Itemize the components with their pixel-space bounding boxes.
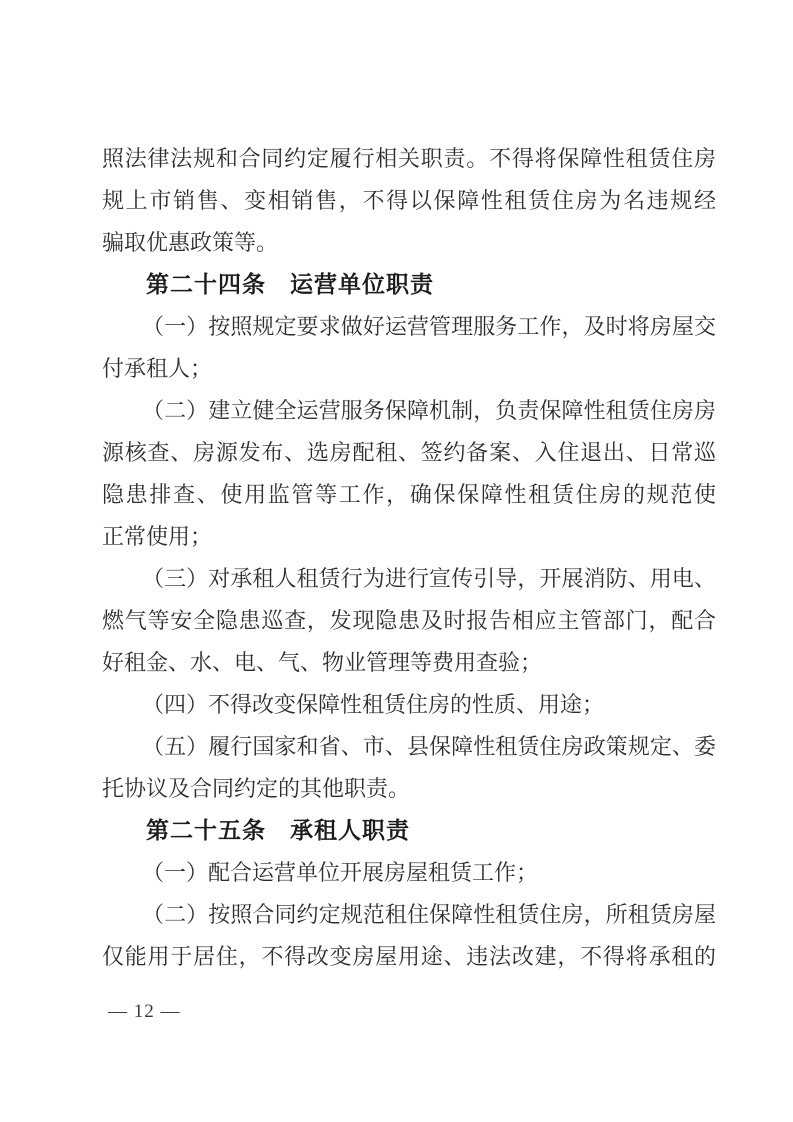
body-text-line: 付承租人； xyxy=(102,348,716,390)
body-text-line: （五）履行国家和省、市、县保障性租赁住房政策规定、委 xyxy=(102,726,716,768)
body-text-line: 照法律法规和合同约定履行相关职责。不得将保障性租赁住房违 xyxy=(102,138,716,180)
body-text-line: 骗取优惠政策等。 xyxy=(102,222,716,264)
body-text-line: （一）配合运营单位开展房屋租赁工作； xyxy=(102,852,716,894)
document-body: 照法律法规和合同约定履行相关职责。不得将保障性租赁住房违规上市销售、变相销售，不… xyxy=(102,138,716,978)
body-text-line: （四）不得改变保障性租赁住房的性质、用途； xyxy=(102,684,716,726)
body-text-line: 正常使用； xyxy=(102,516,716,558)
body-text-line: 好租金、水、电、气、物业管理等费用查验； xyxy=(102,642,716,684)
document-page: 照法律法规和合同约定履行相关职责。不得将保障性租赁住房违规上市销售、变相销售，不… xyxy=(0,0,793,1122)
body-text-line: 燃气等安全隐患巡查，发现隐患及时报告相应主管部门，配合做 xyxy=(102,600,716,642)
body-text-line: （一）按照规定要求做好运营管理服务工作，及时将房屋交 xyxy=(102,306,716,348)
article-heading: 第二十五条 承租人职责 xyxy=(102,810,716,852)
body-text-line: （二）按照合同约定规范租住保障性租赁住房，所租赁房屋 xyxy=(102,894,716,936)
body-text-line: 隐患排查、使用监管等工作，确保保障性租赁住房的规范使用、 xyxy=(102,474,716,516)
page-number: — 12 — xyxy=(108,1001,181,1022)
body-text-line: 仅能用于居住，不得改变房屋用途、违法改建，不得将承租的房 xyxy=(102,936,716,978)
page-footer: — 12 — xyxy=(108,1000,181,1024)
body-text-line: 托协议及合同约定的其他职责。 xyxy=(102,768,716,810)
body-text-line: 规上市销售、变相销售，不得以保障性租赁住房为名违规经营、 xyxy=(102,180,716,222)
body-text-line: （二）建立健全运营服务保障机制，负责保障性租赁住房房 xyxy=(102,390,716,432)
article-heading: 第二十四条 运营单位职责 xyxy=(102,264,716,306)
body-text-line: 源核查、房源发布、选房配租、签约备案、入住退出、日常巡查、 xyxy=(102,432,716,474)
body-text-line: （三）对承租人租赁行为进行宣传引导，开展消防、用电、 xyxy=(102,558,716,600)
